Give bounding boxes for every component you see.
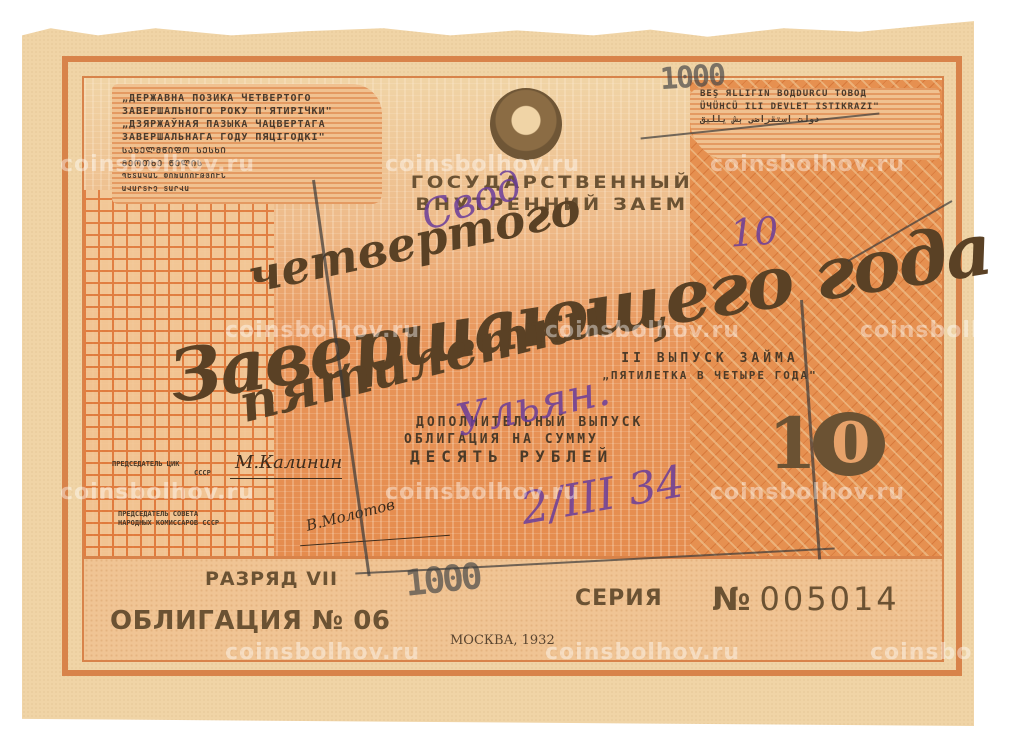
watermark: coinsbolhov.ru (545, 318, 740, 343)
ribbon-right-line: ÜЧÜНСÜ ILI DEVLET ISTIKRAZI" (700, 101, 880, 114)
numeral-one: 1 (768, 402, 813, 485)
stamp-bottom: 1000 (403, 556, 482, 605)
watermark: coinsbolhov.ru (545, 640, 740, 665)
watermark: coinsbolhov.ru (710, 480, 905, 505)
ribbon-left-line: „ДЕРЖАВНА ПОЗИКА ЧЕТВЕРТОГО (122, 92, 333, 105)
place-year: МОСКВА, 1932 (450, 633, 555, 648)
ribbon-left-line: ЗАВЕРШАЛЬНАГА ГОДУ ПЯЦІГОДКІ" (122, 131, 333, 144)
signature-label-line: СССР (112, 469, 211, 478)
signature-label-line: ПРЕДСЕДАТЕЛЬ СОВЕТА (118, 510, 219, 519)
ribbon-left-line: ЗАВЕРШАЛЬНОГО РОКУ П'ЯТИРІЧКИ" (122, 105, 333, 118)
stamp-top: 1000 (659, 58, 726, 97)
number-sign: № (712, 580, 754, 618)
category-label: РАЗРЯД VII (205, 568, 338, 590)
numeral-zero: 0 (813, 412, 885, 476)
soviet-coat-of-arms-icon: ☭ (490, 88, 562, 160)
watermark: coinsbolhov.ru (60, 152, 255, 177)
watermark: coinsbolhov.ru (870, 640, 1024, 665)
watermark: coinsbolhov.ru (225, 640, 420, 665)
signature-label-line: НАРОДНЫХ КОМИССАРОВ СССР (118, 519, 219, 528)
serial-number: №005014 (712, 580, 900, 618)
serial-digits: 005014 (760, 580, 900, 618)
signature-rule (230, 478, 342, 479)
signature-label-2: ПРЕДСЕДАТЕЛЬ СОВЕТА НАРОДНЫХ КОМИССАРОВ … (118, 510, 219, 528)
issue-line: II ВЫПУСК ЗАЙМА (500, 350, 920, 367)
ribbon-right-line: BEŞ ЯLLIГIN BOДDURCU ТОВОД (700, 88, 880, 101)
ribbon-left-line: „ДЗЯРЖАЎНАЯ ПАЗЫКА ЧАЦВЕРТАГА (122, 118, 333, 131)
handwriting-number: 10 (729, 208, 780, 255)
watermark: coinsbolhov.ru (385, 480, 580, 505)
watermark: coinsbolhov.ru (710, 152, 905, 177)
denomination-numeral: 10 (768, 408, 885, 480)
watermark: coinsbolhov.ru (860, 318, 1024, 343)
watermark: coinsbolhov.ru (60, 480, 255, 505)
denomination-line-3: ДЕСЯТЬ РУБЛЕЙ (396, 448, 796, 465)
denomination-line-2: ОБЛИГАЦИЯ НА СУММУ (396, 431, 796, 448)
signature-label-line: ПРЕДСЕДАТЕЛЬ ЦИК (112, 460, 211, 469)
ribbon-left-text: „ДЕРЖАВНА ПОЗИКА ЧЕТВЕРТОГО ЗАВЕРШАЛЬНОГ… (122, 92, 333, 196)
series-label: СЕРИЯ (575, 586, 663, 611)
watermark: coinsbolhov.ru (225, 318, 420, 343)
obligation-number: ОБЛИГАЦИЯ № 06 (110, 606, 390, 636)
signature-1: М.Калинин (235, 452, 342, 473)
ribbon-left-line: ԱՎԱՐՏԻՉ ՏԱՐՎԱ (122, 183, 333, 196)
watermark: coinsbolhov.ru (385, 152, 580, 177)
signature-label-1: ПРЕДСЕДАТЕЛЬ ЦИК СССР (112, 460, 211, 478)
